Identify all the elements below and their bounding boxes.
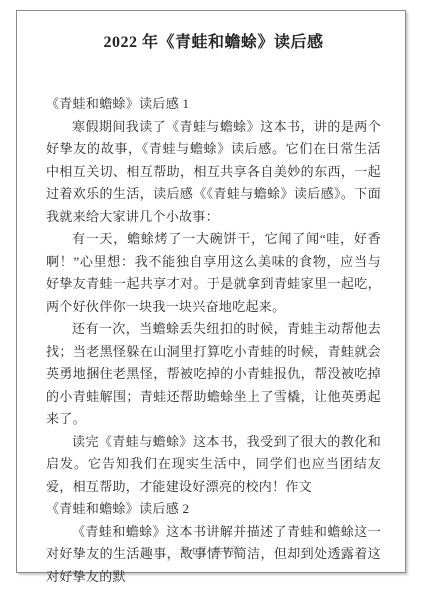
document-page: 2022 年《青蛙和蟾蜍》读后感 《青蛙和蟾蜍》读后感 1 寒假期间我读了《青蛙… [16,10,406,573]
document-title: 2022 年《青蛙和蟾蜍》读后感 [46,31,381,55]
paragraph: 寒假期间我读了《青蛙与蟾蜍》这本书，讲的是两个好挚友的故事，《青蛙与蟾蜍》读后感… [46,116,381,229]
paragraph: 读完《青蛙与蟾蜍》这本书，我受到了很大的教化和启发。它告知我们在现实生活中，同学… [46,431,381,499]
page-number: 第1页 共8页 [17,544,405,557]
section-heading-1: 《青蛙和蟾蜍》读后感 1 [46,93,381,116]
paragraph: 还有一次，当蟾蜍丢失纽扣的时候，青蛙主动帮他去找；当老黑怪躲在山洞里打算吃小青蛙… [46,318,381,431]
section-heading-2: 《青蛙和蟾蜍》读后感 2 [46,498,381,521]
paragraph: 有一天，蟾蜍烤了一大碗饼干，它闻了闻“哇，好香啊！”心里想：我不能独自享用这么美… [46,228,381,318]
document-body: 2022 年《青蛙和蟾蜍》读后感 《青蛙和蟾蜍》读后感 1 寒假期间我读了《青蛙… [17,11,405,588]
